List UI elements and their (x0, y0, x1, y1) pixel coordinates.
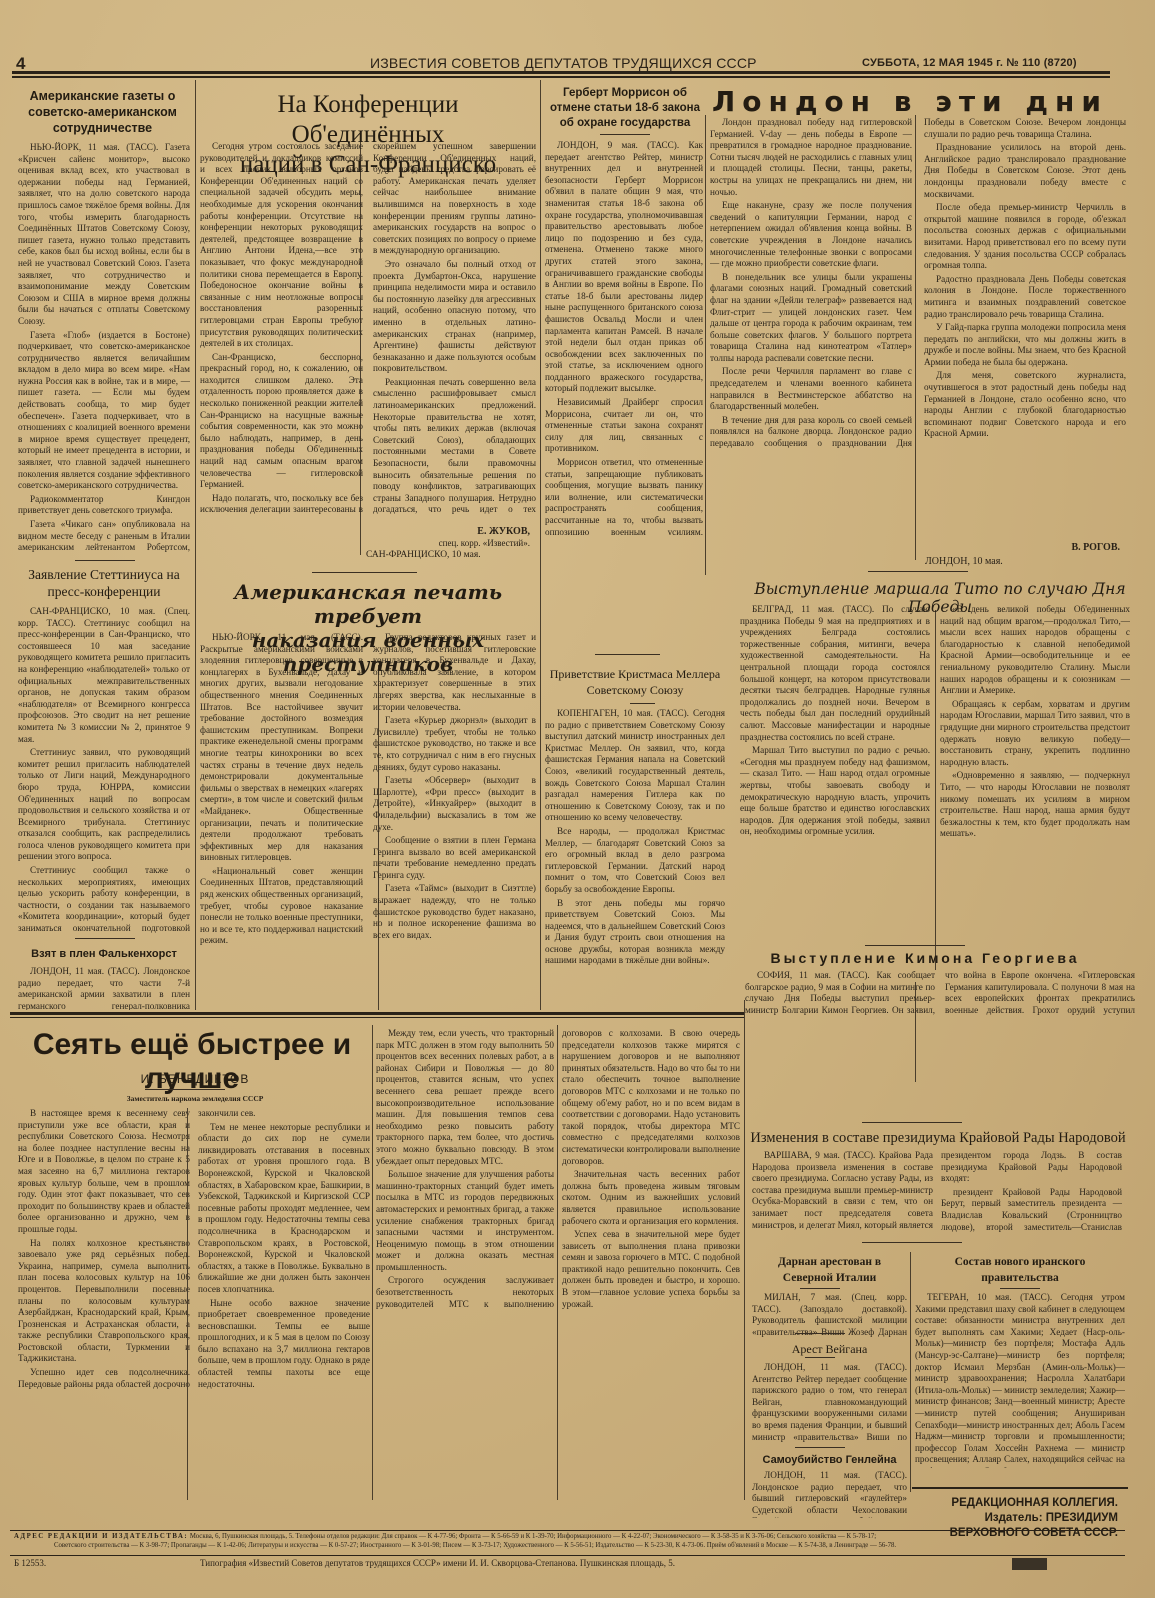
address-line: Советского строительства — К 3-98-77; Пр… (14, 1542, 896, 1549)
paragraph: Группа редакторов крупных газет и журнал… (373, 632, 536, 713)
separator (312, 572, 417, 573)
paragraph: ЛОНДОН, 11 мая. (ТАСС). Лондонское радио… (752, 1470, 907, 1518)
article-moller: КОПЕНГАГЕН, 10 мая. (ТАСС). Сегодня по р… (545, 708, 725, 1008)
separator (805, 1357, 835, 1358)
paragraph: БЕЛГРАД, 11 мая. (ТАСС). По случаю празд… (740, 604, 930, 743)
column-rule (540, 80, 541, 1010)
paragraph: МИЛАН, 7 мая. (Спец. корр. ТАСС). (Запоз… (752, 1292, 907, 1337)
author-role: спец. корр. «Известий». (380, 538, 530, 548)
article-tito: БЕЛГРАД, 11 мая. (ТАСС). По случаю празд… (740, 604, 1130, 894)
paragraph: Тем не менее некоторые республики и обла… (198, 1122, 370, 1296)
separator (795, 1333, 845, 1334)
headline-american-papers: Американские газеты о советско-американс… (20, 88, 185, 136)
paragraph: Газета «Глоб» (издается в Бостоне) подче… (18, 330, 190, 492)
section-rule-2 (10, 1017, 744, 1018)
article-morrison: ЛОНДОН, 9 мая. (ТАСС). Как передает аген… (545, 140, 703, 535)
headline-iran: Состав нового иранского правительства (915, 1254, 1125, 1286)
headline-morrison: Герберт Моррисон об отмене статьи 18-б з… (547, 86, 703, 131)
paragraph: Газеты «Обсервер» (выходит в Шарлотте), … (373, 775, 536, 833)
separator (800, 1288, 840, 1289)
printer-info: Типография «Известий Советов депутатов т… (200, 1558, 675, 1568)
separator (145, 1089, 225, 1090)
paragraph: КОПЕНГАГЕН, 10 мая. (ТАСС). Сегодня по р… (545, 708, 725, 824)
masthead-rule (12, 71, 1110, 74)
paragraph: На полях колхозное крестьянство завоевал… (18, 1238, 190, 1366)
separator (862, 1242, 962, 1243)
paragraph: Маршал Тито выступил по радио с речью. «… (740, 745, 930, 838)
paragraph: Большое значение для улучшения работы ма… (376, 1169, 554, 1273)
article-sf-conference: Сегодня утром состоялось заседание руков… (200, 141, 536, 525)
paragraph: СОФИЯ, 11 мая. (ТАСС). Как сообщает болг… (745, 970, 1135, 1026)
headline-line: Американская печать требует (198, 580, 538, 628)
headline-stettinius: Заявление Стеттиниуса на пресс-конференц… (18, 566, 190, 600)
article-falkenhorst: ЛОНДОН, 11 мая. (ТАСС). Лондонское радио… (18, 966, 190, 1010)
paragraph: Для меня, советского журналиста, очутивш… (924, 370, 1126, 440)
separator (595, 654, 660, 655)
headline-krajova: Изменения в составе президиума Крайовой … (748, 1130, 1128, 1147)
paragraph: Сегодня утром состоялось заседание руков… (200, 141, 363, 350)
separator (630, 703, 655, 704)
article-darnan: МИЛАН, 7 мая. (Спец. корр. ТАСС). (Запоз… (752, 1292, 907, 1337)
headline-henlein: Самоубийство Генлейна (752, 1454, 907, 1466)
address-line: Москва, 6, Пушкинская площадь, 5. Телефо… (190, 1533, 876, 1540)
separator (868, 571, 968, 572)
article-iran: ТЕГЕРАН, 10 мая. (ТАСС). Сегодня утром Х… (915, 1292, 1125, 1468)
paragraph: Празднование усилилось на второй день. А… (924, 142, 1126, 200)
paragraph: Лондон праздновал победу над гитлеровско… (710, 117, 912, 198)
paragraph: САН-ФРАНЦИСКО, 10 мая. (Спец. корр. ТАСС… (18, 606, 190, 745)
paragraph: В понедельник все улицы были украшены фл… (710, 272, 912, 365)
issue-date: СУББОТА, 12 МАЯ 1945 г. № 110 (8720) (862, 57, 1077, 69)
footer-rule (10, 1530, 1125, 1531)
headline-moller: Приветствие Кристмаса Меллера Советскому… (545, 666, 725, 698)
paragraph: Значительная часть весенних работ должна… (562, 1169, 740, 1227)
headline-weygand: Арест Вейгана (752, 1342, 907, 1357)
paragraph: НЬЮ-ЙОРК, 11 мая. (ТАСС). Газета «Крисче… (18, 142, 190, 328)
headline-line: Советскому Союзу (545, 682, 725, 698)
stamp-mark (1012, 1558, 1047, 1570)
paragraph: Газета «Таймс» (выходит в Сиэттле) выраж… (373, 883, 536, 941)
paragraph: «В день великой победы Об'единенных наци… (940, 604, 1130, 697)
newspaper-title: ИЗВЕСТИЯ СОВЕТОВ ДЕПУТАТОВ ТРУДЯЩИХСЯ СС… (370, 55, 757, 71)
paragraph: НЬЮ-ЙОРК, 11 мая. (ТАСС). Раскрытые амер… (200, 632, 363, 864)
paragraph: Моррисон ответил, что отмененные статьи,… (545, 457, 703, 535)
paragraph: Успех сева в значительной мере будет зав… (562, 1229, 740, 1310)
column-rule (195, 80, 196, 1010)
article-krajova: ВАРШАВА, 9 мая. (ТАСС). Крайова Рада Нар… (752, 1150, 1122, 1242)
address-label: АДРЕС РЕДАКЦИИ И ИЗДАТЕЛЬСТВА: (14, 1533, 188, 1540)
headline-falkenhorst: Взят в плен Фалькенхорст (18, 948, 190, 960)
paragraph: В этот день победы мы горячо приветствуе… (545, 898, 725, 968)
masthead-rule-2 (12, 76, 1110, 78)
article-henlein: ЛОНДОН, 11 мая. (ТАСС). Лондонское радио… (752, 1470, 907, 1518)
separator (795, 1447, 845, 1448)
paragraph: Сан-Франциско, бесспорно, прекрасный гор… (200, 352, 363, 491)
paragraph: Газета «Курьер джорнэл» (выходит в Луисв… (373, 715, 536, 773)
paragraph: Это означало бы полный отход от проекта … (373, 259, 536, 375)
paragraph: В настоящее время к весеннему севу прист… (18, 1108, 190, 1236)
headline-line: Приветствие Кристмаса Меллера (545, 666, 725, 682)
paragraph: «Одновременно я заявляю, — подчеркнул Ти… (940, 770, 1130, 840)
headline-darnan: Дарнан арестован в Северной Италии (752, 1254, 907, 1286)
article-georgiev: СОФИЯ, 11 мая. (ТАСС). Как сообщает болг… (745, 970, 1135, 1026)
separator (600, 134, 650, 135)
article-american-papers: НЬЮ-ЙОРК, 11 мая. (ТАСС). Газета «Крисче… (18, 142, 190, 552)
headline-london: Лондон в эти дни (710, 85, 1110, 118)
paragraph: Обращаясь к сербам, хорватам и другим на… (940, 699, 1130, 769)
separator (1000, 1288, 1040, 1289)
paragraph: После обеда премьер-министр Черчилль в о… (924, 202, 1126, 272)
paragraph: Между тем, если учесть, что тракторный п… (376, 1028, 554, 1167)
column-rule (705, 115, 706, 575)
paragraph: Стеттиниус сообщил также о нескольких ме… (18, 865, 190, 936)
paragraph: Стеттиниус заявил, что руководящий комит… (18, 747, 190, 863)
editorial-rule (912, 1487, 1128, 1489)
separator (862, 1122, 962, 1123)
paragraph: Еще накануне, сразу же после получения с… (710, 200, 912, 270)
editorial-board: РЕДАКЦИОННАЯ КОЛЛЕГИЯ. (918, 1496, 1118, 1511)
column-rule (187, 1108, 188, 1500)
article-weygand: ЛОНДОН, 11 мая. (ТАСС). Агентство Рейтер… (752, 1362, 907, 1442)
column-rule (557, 1025, 558, 1500)
paragraph: ЛОНДОН, 9 мая. (ТАСС). Как передает аген… (545, 140, 703, 395)
paragraph: Ныне особо важное значение приобретает с… (198, 1298, 370, 1391)
footer-rule-2 (10, 1555, 1125, 1556)
author-rogov: В. РОГОВ. (1010, 542, 1120, 553)
column-rule (744, 1000, 745, 1500)
headline-georgiev: Выступление Кимона Георгиева (760, 950, 1090, 966)
newspaper-page: 4 ИЗВЕСТИЯ СОВЕТОВ ДЕПУТАТОВ ТРУДЯЩИХСЯ … (0, 0, 1155, 1598)
author-zhukov: Е. ЖУКОВ, (380, 526, 530, 537)
paragraph: Радостно праздновала День Победы советск… (924, 274, 1126, 320)
paragraph: После речи Черчилля парламент во главе с… (710, 366, 912, 412)
paragraph: Радиокомментатор Кингдон приветствует де… (18, 494, 190, 517)
section-rule (10, 1012, 744, 1015)
separator (865, 945, 965, 946)
article-seyat-1: В настоящее время к весеннему севу прист… (18, 1108, 370, 1493)
article-london: Лондон праздновал победу над гитлеровско… (710, 117, 1126, 552)
footer-address: АДРЕС РЕДАКЦИИ И ИЗДАТЕЛЬСТВА: Москва, 6… (14, 1532, 1124, 1550)
paragraph: «Национальный совет женщин Соединенных Ш… (200, 866, 363, 947)
paragraph: Все народы, — продолжал Кристмас Меллер,… (545, 826, 725, 896)
paragraph: У Гайд-парка группа молодежи попросила м… (924, 322, 1126, 368)
article-stettinius: САН-ФРАНЦИСКО, 10 мая. (Спец. корр. ТАСС… (18, 606, 190, 936)
paragraph: Сообщение о взятии в плен Германа Геринг… (373, 835, 536, 881)
column-rule (372, 1025, 373, 1500)
author-role: Заместитель наркома земледелия СССР (60, 1094, 330, 1103)
print-code: Б 12553. (14, 1558, 46, 1568)
paragraph: Независимый Драйберг спросил Моррисона, … (545, 397, 703, 455)
dateline: САН-ФРАНЦИСКО, 10 мая. (366, 550, 536, 560)
paragraph: Газета «Чикаго сан» опубликовала на видн… (18, 519, 190, 552)
dateline: ЛОНДОН, 10 мая. (925, 556, 1045, 567)
publisher: Издатель: ПРЕЗИДИУМ (918, 1511, 1118, 1526)
paragraph: ЛОНДОН, 11 мая. (ТАСС). Агентство Рейтер… (752, 1362, 907, 1442)
paragraph: ТЕГЕРАН, 10 мая. (ТАСС). Сегодня утром Х… (915, 1292, 1125, 1468)
article-american-press: НЬЮ-ЙОРК, 11 мая. (ТАСС). Раскрытые амер… (200, 632, 536, 1008)
separator (75, 938, 135, 939)
separator (75, 560, 135, 561)
paragraph: ЛОНДОН, 11 мая. (ТАСС). Лондонское радио… (18, 966, 190, 1010)
article-seyat-2: Между тем, если учесть, что тракторный п… (376, 1028, 740, 1493)
column-rule (910, 1252, 911, 1492)
author-benediktov: И. БЕНЕДИКТОВ (120, 1072, 270, 1086)
